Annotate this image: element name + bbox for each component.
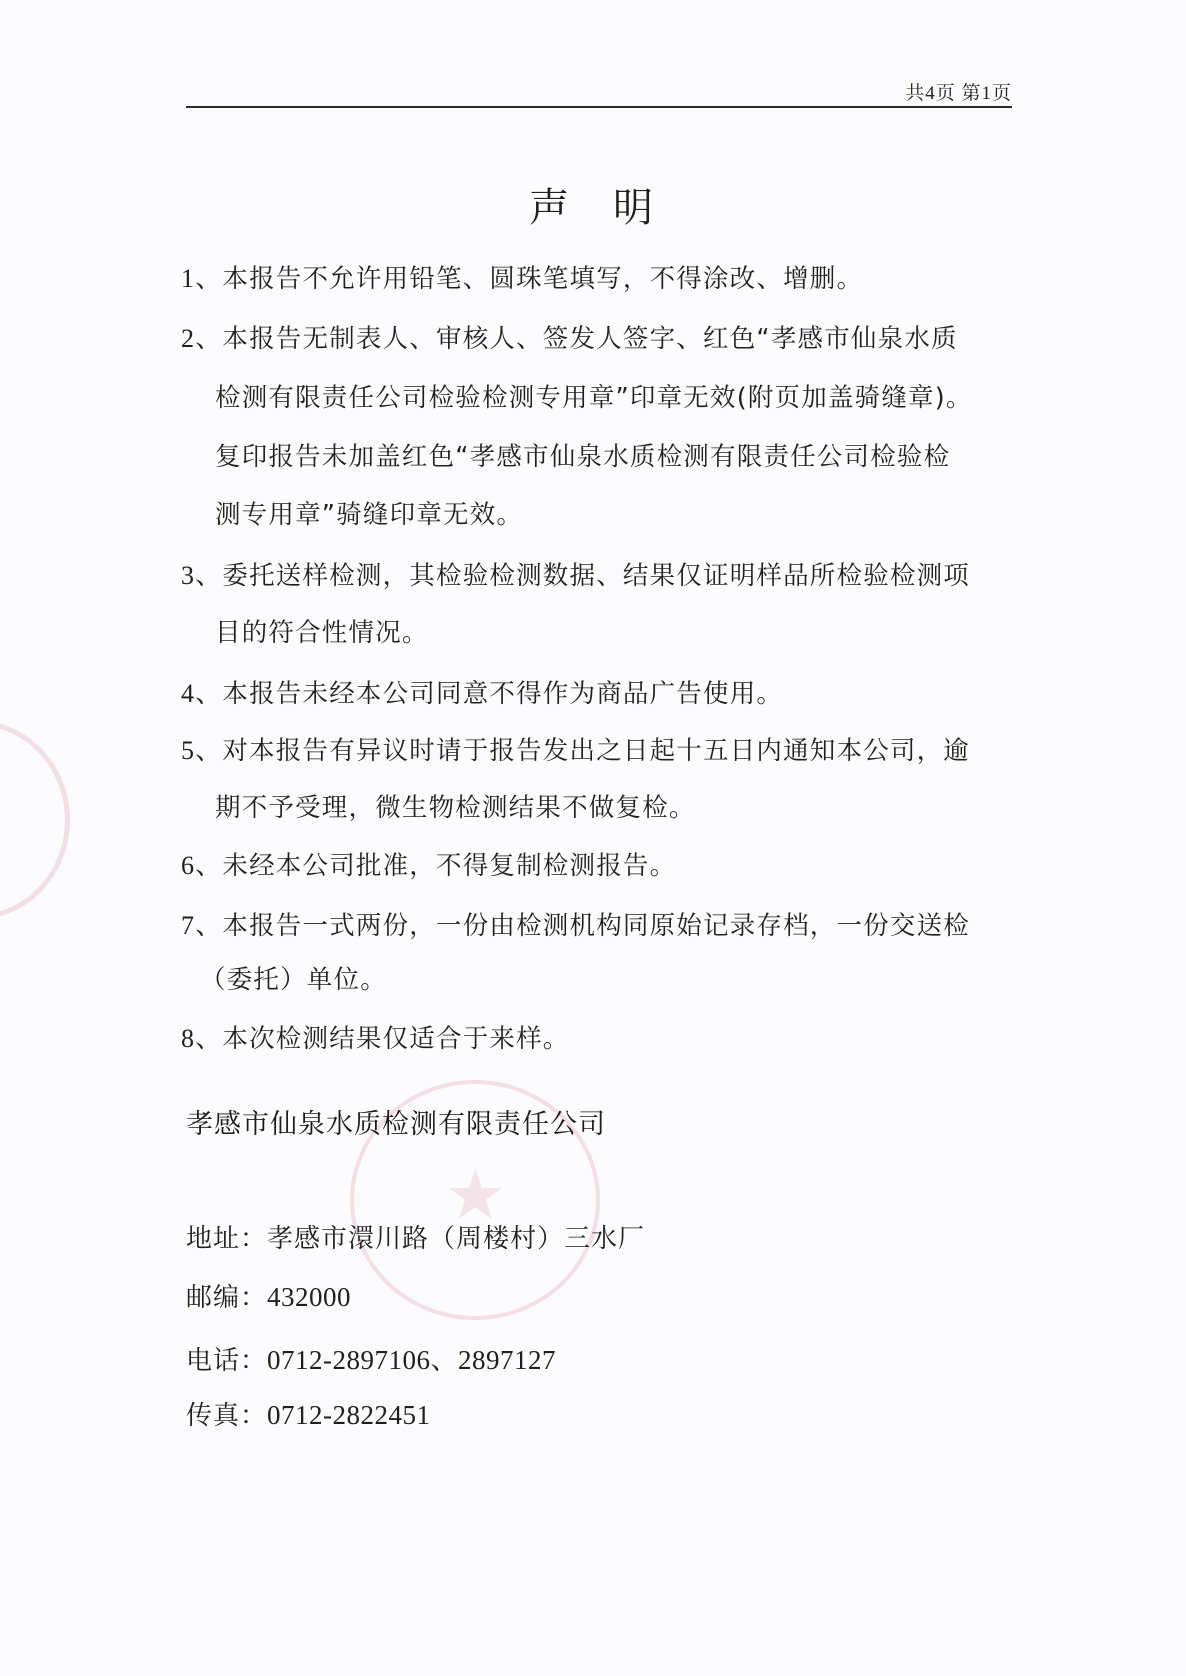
item-number: 6、: [181, 851, 222, 880]
header-divider: [186, 106, 1012, 108]
item-text: 本报告不允许用铅笔、圆珠笔填写，不得涂改、增删。: [222, 264, 863, 294]
document-page: ★ 共4页 第1页 声明 1、本报告不允许用铅笔、圆珠笔填写，不得涂改、增删。 …: [0, 0, 1186, 1676]
statement-item-4: 4、本报告未经本公司同意不得作为商品广告使用。: [181, 673, 783, 710]
statement-item-3: 3、委托送样检测，其检验检测数据、结果仅证明样品所检验检测项: [181, 555, 970, 592]
item-text: 对本报告有异议时请于报告发出之日起十五日内通知本公司，逾: [222, 736, 970, 766]
item-number: 2、: [181, 324, 222, 353]
item-text: 本报告一式两份，一份由检测机构同原始记录存档，一份交送检: [222, 911, 970, 941]
phone-label: 电话：: [186, 1346, 267, 1376]
item-number: 8、: [181, 1024, 222, 1053]
item-text: 本报告未经本公司同意不得作为商品广告使用。: [222, 679, 783, 709]
item-number: 4、: [181, 679, 222, 708]
fax-label: 传真：: [186, 1401, 267, 1431]
contact-phone: 电话：0712-2897106、2897127: [186, 1338, 556, 1377]
contact-fax: 传真：0712-2822451: [186, 1395, 431, 1432]
item-text: 未经本公司批准，不得复制检测报告。: [222, 851, 676, 881]
item-number: 5、: [181, 736, 222, 765]
statement-item-5-line-2: 期不予受理，微生物检测结果不做复检。: [215, 788, 696, 824]
item-text: 本次检测结果仅适合于来样。: [222, 1024, 569, 1054]
address-label: 地址：: [186, 1224, 267, 1254]
contact-postcode: 邮编：432000: [186, 1277, 351, 1314]
page-counter: 共4页 第1页: [905, 78, 1012, 105]
statement-item-1: 1、本报告不允许用铅笔、圆珠笔填写，不得涂改、增删。: [181, 258, 863, 295]
postcode-label: 邮编：: [186, 1283, 267, 1313]
item-text: 本报告无制表人、审核人、签发人签字、红色“孝感市仙泉水质: [222, 324, 957, 354]
postcode-value: 432000: [267, 1282, 351, 1312]
item-number: 1、: [181, 264, 222, 293]
company-name: 孝感市仙泉水质检测有限责任公司: [186, 1102, 606, 1141]
statement-item-3-line-2: 目的符合性情况。: [215, 613, 429, 649]
statement-item-7: 7、本报告一式两份，一份由检测机构同原始记录存档，一份交送检: [181, 905, 970, 942]
item-number: 7、: [181, 911, 222, 940]
statement-item-2-line-2: 检测有限责任公司检验检测专用章”印章无效(附页加盖骑缝章)。: [215, 378, 973, 414]
contact-address: 地址：孝感市澴川路（周楼村）三水厂: [186, 1218, 645, 1255]
statement-item-7-line-2: （委托）单位。: [200, 960, 387, 996]
statement-item-2: 2、本报告无制表人、审核人、签发人签字、红色“孝感市仙泉水质: [181, 318, 958, 355]
statement-item-2-line-3: 复印报告未加盖红色“孝感市仙泉水质检测有限责任公司检验检: [215, 437, 950, 473]
item-number: 3、: [181, 561, 222, 590]
page-title: 声明: [0, 176, 1186, 233]
statement-item-2-line-4: 测专用章”骑缝印章无效。: [215, 495, 523, 531]
statement-item-8: 8、本次检测结果仅适合于来样。: [181, 1018, 570, 1055]
statement-item-6: 6、未经本公司批准，不得复制检测报告。: [181, 845, 676, 882]
statement-item-5: 5、对本报告有异议时请于报告发出之日起十五日内通知本公司，逾: [181, 730, 970, 767]
item-text: 委托送样检测，其检验检测数据、结果仅证明样品所检验检测项: [222, 561, 970, 591]
phone-value: 0712-2897106、2897127: [267, 1345, 556, 1375]
fax-value: 0712-2822451: [267, 1400, 431, 1430]
side-seal-stamp: [0, 720, 70, 920]
address-value: 孝感市澴川路（周楼村）三水厂: [267, 1224, 645, 1254]
